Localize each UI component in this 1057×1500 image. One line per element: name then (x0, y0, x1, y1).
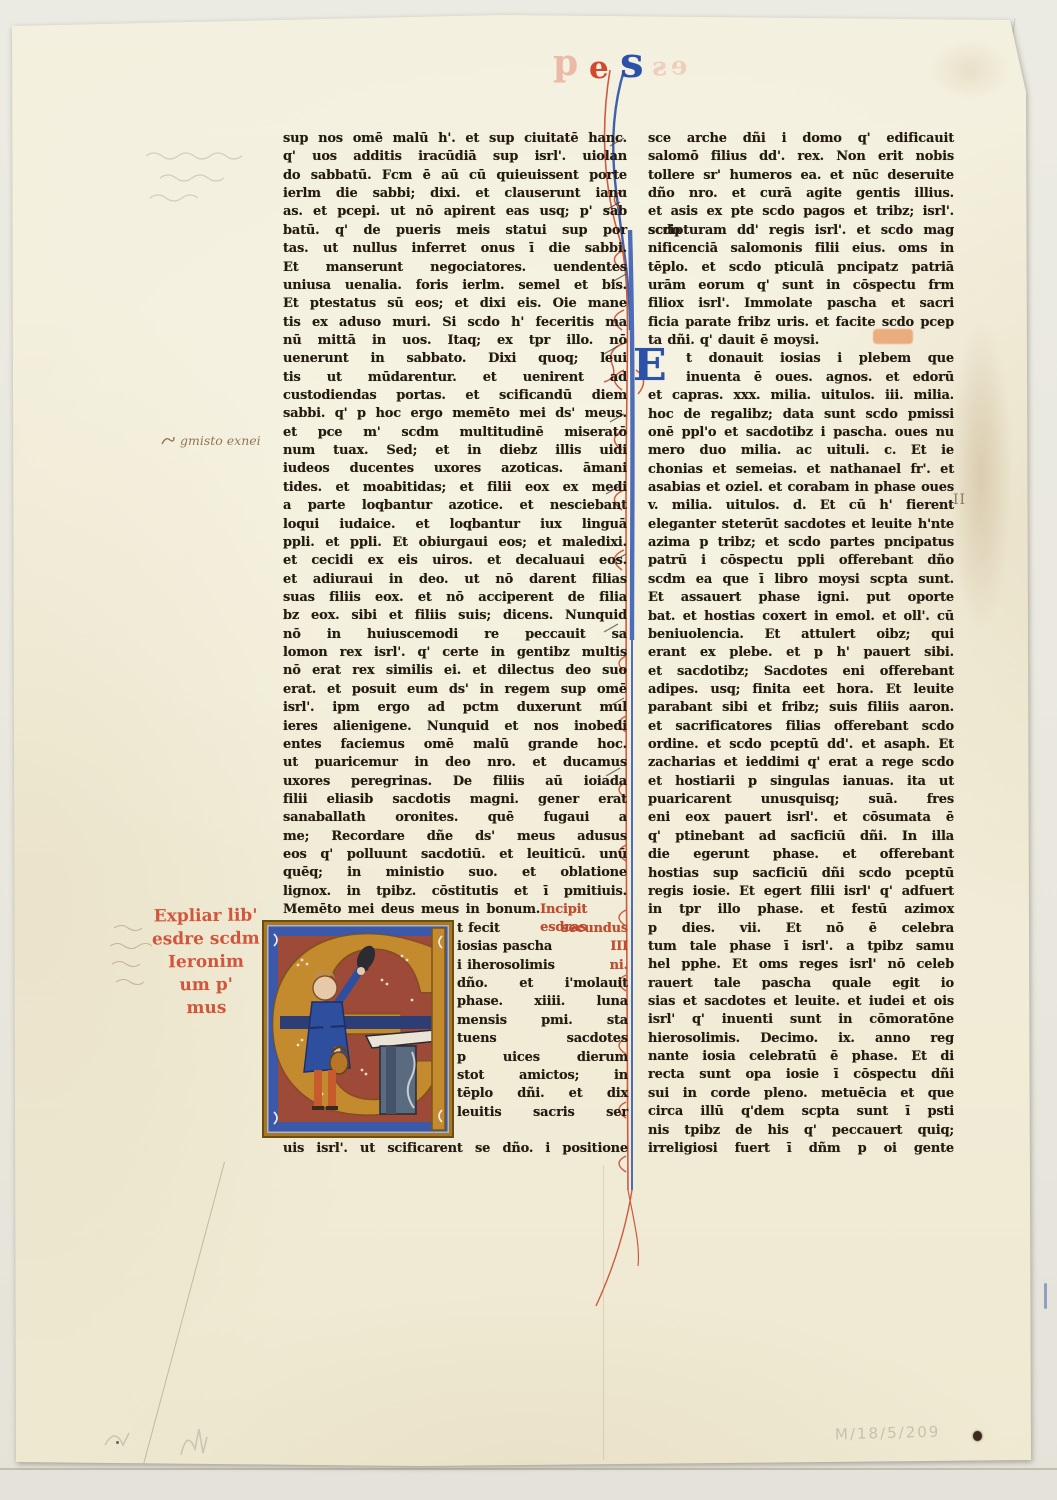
text-line: nū mittā in uos. Itaq; ex tpr illo. nō (283, 332, 627, 350)
text-line: q' uos additis iracūdiā sup isrl'. uiola… (283, 148, 627, 166)
text-line: batū. q' de pueris meis statui sup por (283, 222, 627, 240)
text-line: as. et pcepi. ut nō apirent eas usq; p' … (283, 203, 627, 221)
text-line: et hostiarii p singulas ianuas. ita ut (648, 773, 954, 791)
text-line: uniusa uenalia. foris ierlm. semel et bi… (283, 277, 627, 295)
gold-upright (432, 928, 445, 1130)
text-line: urām eorum q' sunt in cōspectu frm (648, 277, 954, 295)
text-line: isrl'. ipm ergo ad pctm duxerunt mul (283, 699, 627, 717)
text-line: ieres alienigene. Nunquid et nos inobedi (283, 718, 627, 736)
manuscript-photo: p e s es sup nos omē malū h'. et sup ciu… (0, 0, 1057, 1500)
text-line: die egerunt phase. et offerebant (648, 846, 954, 864)
text-line: hoc de regalibz; data sunt scdo pmissi (648, 406, 954, 424)
text-line: sce arche dñi i domo q' edificauit (648, 130, 954, 148)
text-line: q' ptinebant ad sacficiū dñi. In illa (648, 828, 954, 846)
text-line: ut puaricemur in deo nro. et ducamus (283, 754, 627, 772)
text-line: tis ex aduso muri. Si scdo h' feceritis … (283, 314, 627, 332)
text-line: parabant sibi et fribz; suis filiis aaro… (648, 699, 954, 717)
text-line: bz eox. sibi et filiis suis; dicens. Nun… (283, 607, 627, 625)
text-line: v. milia. uitulos. d. Et cū h' fierent (648, 497, 954, 515)
text-line: et asis ex pte scdo pagos et tribz; isrl… (648, 203, 954, 221)
text-line: ordine. et scdo pceptū dd'. et asaph. Et (648, 736, 954, 754)
text-line: erant ex plebe. et p h' pauert sibi. (648, 644, 954, 662)
text-line: chonias et semeias. et nathanael fr'. et (648, 461, 954, 479)
text-line: asabias et oziel. et corabam in phase ou… (648, 479, 954, 497)
text-line: Et ptestatus sū eos; et dixi eis. Oie ma… (283, 295, 627, 313)
text-line: custodiendas portas. et scificandū diem (283, 387, 627, 405)
text-line: leuitis sacris ser (457, 1104, 628, 1122)
text-line: tis ut mūdarentur. et uenirent ad (283, 369, 627, 387)
text-line: et capras. xxx. milia. uitulos. iii. mil… (648, 387, 954, 405)
text-line: tēplo dñi. et dix (457, 1085, 628, 1103)
text-line: tides. et moabitidas; et filii eox ex me… (283, 479, 627, 497)
text-line: tuens sacdotes (457, 1030, 628, 1048)
brown-stain (950, 320, 1012, 630)
text-line: circa illū q'dem scpta sunt ī psti (648, 1103, 954, 1121)
gutter-crease (603, 1165, 604, 1460)
text-line: sabbi. q' p hoc ergo memēto mei ds' meus… (283, 405, 627, 423)
text-line: et sacrificatores filias offerebant scdo (648, 718, 954, 736)
text-line: i iherosolimisni. (457, 957, 628, 975)
text-line: regis iosie. Et egert filii isrl' q' adf… (648, 883, 954, 901)
paraph-flourish-icon (160, 435, 176, 447)
text-line: mensis pmi. sta (457, 1012, 628, 1030)
faded-marginal-scribble (108, 918, 178, 998)
text-line: uenerunt in sabbato. Dixi quoq; leui (283, 350, 627, 368)
text-line: nis tpibz de his q' peccauert quiq; (648, 1122, 954, 1140)
text-line: filiox isrl'. Immolate pascha et sacri (648, 295, 954, 313)
text-line: t donauit iosias i plebem que (648, 350, 954, 368)
text-line: sup nos omē malū h'. et sup ciuitatē han… (283, 130, 627, 148)
text-line: scripturam dd' regis isrl'. et scdo mag (648, 222, 954, 240)
explicit-line: mus (143, 996, 269, 1020)
text-line: ierlm die sabbi; dixi. et clauserunt ian… (283, 185, 627, 203)
text-line: scdm ea que ī libro moysi scpta sunt. (648, 571, 954, 589)
text-column-right: sce arche dñi i domo q' edificauitsalomō… (648, 130, 954, 350)
text-line: lomon rex isrl'. q' certe in gentibz mul… (283, 644, 627, 662)
text-line: patrū i cōspectu ppli offerebant dño (648, 552, 954, 570)
text-line: tollere sr' humeros ea. et nūc deseruite (648, 167, 954, 185)
text-line: erat. et posuit eum ds' in regem sup omē (283, 681, 627, 699)
historiated-initial-miniature: Є (262, 920, 454, 1138)
text-line: eleganter steterūt sacdotes et leuite h'… (648, 516, 954, 534)
text-line: zacharias et ieddimi q' erat a rege scdo (648, 754, 954, 772)
text-column-right-lower: et capras. xxx. milia. uitulos. iii. mil… (648, 387, 954, 1158)
wormhole (116, 1441, 119, 1444)
text-line: rauert tale pascha quale egit io (648, 975, 954, 993)
leaf-wrap: p e s es sup nos omē malū h'. et sup ciu… (0, 0, 1057, 1500)
text-line: eni eox pauert isrl'. et cōsumata ē (648, 809, 954, 827)
text-line: entes faciemus omē malū grande hoc. (283, 736, 627, 754)
text-line: p dies. vii. Et nō ē celebra (648, 920, 954, 938)
text-line: Et manserunt negociatores. uendentes (283, 259, 627, 277)
shelfmark-pencil: M/18/5/209 (835, 1423, 941, 1444)
text-line: salomō filius dd'. rex. Non erit nobis (648, 148, 954, 166)
orange-stain (873, 329, 913, 344)
text-line: tēplo. et scdo pticulā pncipatz patriā (648, 259, 954, 277)
text-line: phase. xiiii. luna (457, 993, 628, 1011)
text-line: sanaballath oronites. quē fugaui a (283, 809, 627, 827)
text-line: adipes. usq; finita eet hora. Et leuite (648, 681, 954, 699)
text-line: hostias sup sacficiū dñi scdo pceptū (648, 865, 954, 883)
text-line: tum tale phase ī isrl'. a tpibz samu (648, 938, 954, 956)
text-line: dño. et i'molauit (457, 975, 628, 993)
text-line: sias et sacdotes et leuite. et iudei et … (648, 993, 954, 1011)
text-line: filii eliasib sacdotis magni. gener erat (283, 791, 627, 809)
marginal-annotation: gmisto exnei (160, 433, 261, 448)
text-line: nante iosia celebratū ē phase. Et di (648, 1048, 954, 1066)
text-line: isrl' q' inuenti sunt in cōmoratōne (648, 1011, 954, 1029)
altar (366, 1030, 438, 1114)
text-line: me; Recordare dñe ds' meus adusus (283, 828, 627, 846)
parchment-leaf: p e s es sup nos omē malū h'. et sup ciu… (0, 0, 1057, 1500)
text-line: iudeos ducentes uxores azoticas. āmani (283, 460, 627, 478)
blue-band (280, 1016, 436, 1029)
text-column-left: sup nos omē malū h'. et sup ciuitatē han… (283, 130, 627, 919)
text-line: nō in huiuscemodi re peccauit sa (283, 626, 627, 644)
text-line: beniuolencia. Et attulert oibz; qui (648, 626, 954, 644)
text-line: et sacdotibz; Sacdotes eni offerebant (648, 663, 954, 681)
corner-stain (930, 40, 1010, 100)
marginal-annotation-text: gmisto exnei (180, 433, 261, 448)
text-line: mero duo milia. ac uituli. c. Et ie (648, 442, 954, 460)
pencil-scribble (95, 1415, 255, 1475)
text-line: hel pphe. Et oms reges isrl' nō celeb (648, 956, 954, 974)
text-line: Et assauert phase igni. put oporte (648, 589, 954, 607)
text-line: iosias paschaIII (457, 938, 628, 956)
text-line: a parte loqbantur azotice. et nesciebant (283, 497, 627, 515)
text-line: suas filiis eox. et nō acciperent de fil… (283, 589, 627, 607)
text-line: sui in corde pleno. metuēcia et que (648, 1085, 954, 1103)
text-line: inuenta ē oues. agnos. et edorū (648, 369, 954, 387)
text-line: stot amictos; in (457, 1067, 628, 1085)
text-line: uxores peregrinas. De filiis aū ioiada (283, 773, 627, 791)
text-line: hierosolimis. Decimo. ix. anno reg (648, 1030, 954, 1048)
text-line: nificenciā salomonis filii eius. oms in (648, 240, 954, 258)
wormhole (973, 1431, 982, 1441)
text-line: et adiuraui in deo. ut nō darent filias (283, 571, 627, 589)
text-line: puaricarent unusquisq; suā. fres (648, 791, 954, 809)
text-line: t fecitsecundus (457, 920, 628, 938)
text-line: et pce m' scdm multitudinē miseratō (283, 424, 627, 442)
text-line: eos q' polluunt sacdotiū. et leuiticū. u… (283, 846, 627, 864)
text-line: do sabbatū. Fcm ē aū cū quieuissent port… (283, 167, 627, 185)
text-line: num tuax. Sed; et in diebz illis uidi (283, 442, 627, 460)
adjacent-leaf-ink-edge (1044, 1283, 1047, 1309)
text-line: recta sunt opa iosie ī cōspectu dñi (648, 1066, 954, 1084)
text-line: azima p tribz; et scdo partes pncipatus (648, 534, 954, 552)
text-line: in tpr illo phase. et festū azimox (648, 901, 954, 919)
text-column-right-beside-initial: t donauit iosias i plebem queinuenta ē o… (648, 350, 954, 387)
text-line: loqui iudaice. et loqbantur iux linguā (283, 516, 627, 534)
text-line: et cecidi ex eis uiros. et decaluaui eos… (283, 552, 627, 570)
text-line: tas. ut nullus inferret onus ī die sabbi… (283, 240, 627, 258)
text-column-incipit: t fecitsecundusiosias paschaIIIi iheroso… (457, 920, 628, 1122)
text-line: nō erat rex similis ei. et dilectus deo … (283, 662, 627, 680)
miniature-scene (262, 920, 454, 1138)
text-line: onē ppl'o et sacdotibz i pascha. oues nu (648, 424, 954, 442)
text-line: p uices dierum (457, 1049, 628, 1067)
offset-ghost-writing (140, 140, 290, 210)
text-line: dño nro. et curā agite gentis illius. (648, 185, 954, 203)
text-line: ppli. et ppli. Et obiurgaui eos; et male… (283, 534, 627, 552)
text-line: irreligiosi fuert ī dñm p oi gente (648, 1140, 954, 1158)
text-line: quēq; in ministio suo. et oblatione (283, 864, 627, 882)
text-line: bat. et hostias coxert in emol. et oll'.… (648, 608, 954, 626)
